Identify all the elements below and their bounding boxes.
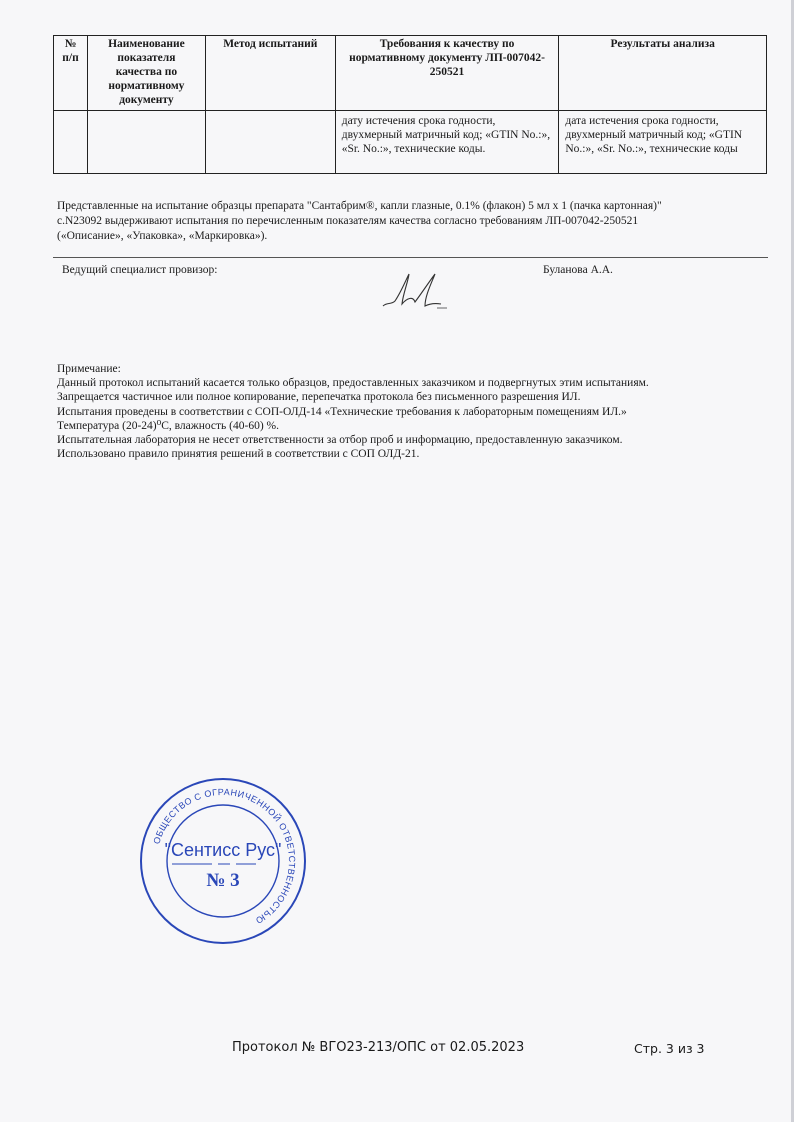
table-row: дату истечения срока годности, двухмерны… [54, 111, 767, 174]
results-table: № п/п Наименование показателя качества п… [53, 35, 767, 174]
signature-icon [375, 268, 455, 313]
conclusion-line: с.N23092 выдерживают испытания по перечи… [57, 214, 747, 229]
footer-protocol: Протокол № ВГО23-213/ОПС от 02.05.2023 [232, 1040, 524, 1055]
notes-title: Примечание: [57, 362, 757, 376]
note-line: Испытания проведены в соответствии с СОП… [57, 405, 757, 419]
header-requirement: Требования к качеству по нормативному до… [335, 36, 559, 111]
note-line: Температура (20-24)⁰С, влажность (40-60)… [57, 419, 757, 433]
divider [53, 257, 768, 258]
note-line: Данный протокол испытаний касается тольк… [57, 376, 757, 390]
cell-number [54, 111, 88, 174]
document-page: № п/п Наименование показателя качества п… [0, 0, 794, 1122]
stamp-company: "Сентисс Рус" [165, 840, 282, 860]
conclusion-paragraph: Представленные на испытание образцы преп… [57, 199, 747, 244]
cell-method [205, 111, 335, 174]
header-result: Результаты анализа [559, 36, 767, 111]
note-line: Запрещается частичное или полное копиров… [57, 390, 757, 404]
conclusion-line: («Описание», «Упаковка», «Маркировка»). [57, 229, 747, 244]
notes-section: Примечание: Данный протокол испытаний ка… [57, 362, 757, 461]
note-line: Испытательная лаборатория не несет ответ… [57, 433, 757, 447]
note-line: Использовано правило принятия решений в … [57, 447, 757, 461]
table-header-row: № п/п Наименование показателя качества п… [54, 36, 767, 111]
cell-indicator [87, 111, 205, 174]
signatory-role: Ведущий специалист провизор: [62, 264, 217, 276]
cell-requirement: дату истечения срока годности, двухмерны… [335, 111, 559, 174]
conclusion-line: Представленные на испытание образцы преп… [57, 199, 747, 214]
header-indicator: Наименование показателя качества по норм… [87, 36, 205, 111]
footer-page-number: Стр. 3 из 3 [634, 1041, 705, 1056]
header-number: № п/п [54, 36, 88, 111]
header-method: Метод испытаний [205, 36, 335, 111]
cell-result: дата истечения срока годности, двухмерны… [559, 111, 767, 174]
signatory-name: Буланова А.А. [543, 264, 613, 276]
company-stamp-icon: ОБЩЕСТВО С ОГРАНИЧЕННОЙ ОТВЕТСТВЕННОСТЬЮ… [138, 776, 308, 946]
stamp-number: № 3 [206, 870, 239, 891]
